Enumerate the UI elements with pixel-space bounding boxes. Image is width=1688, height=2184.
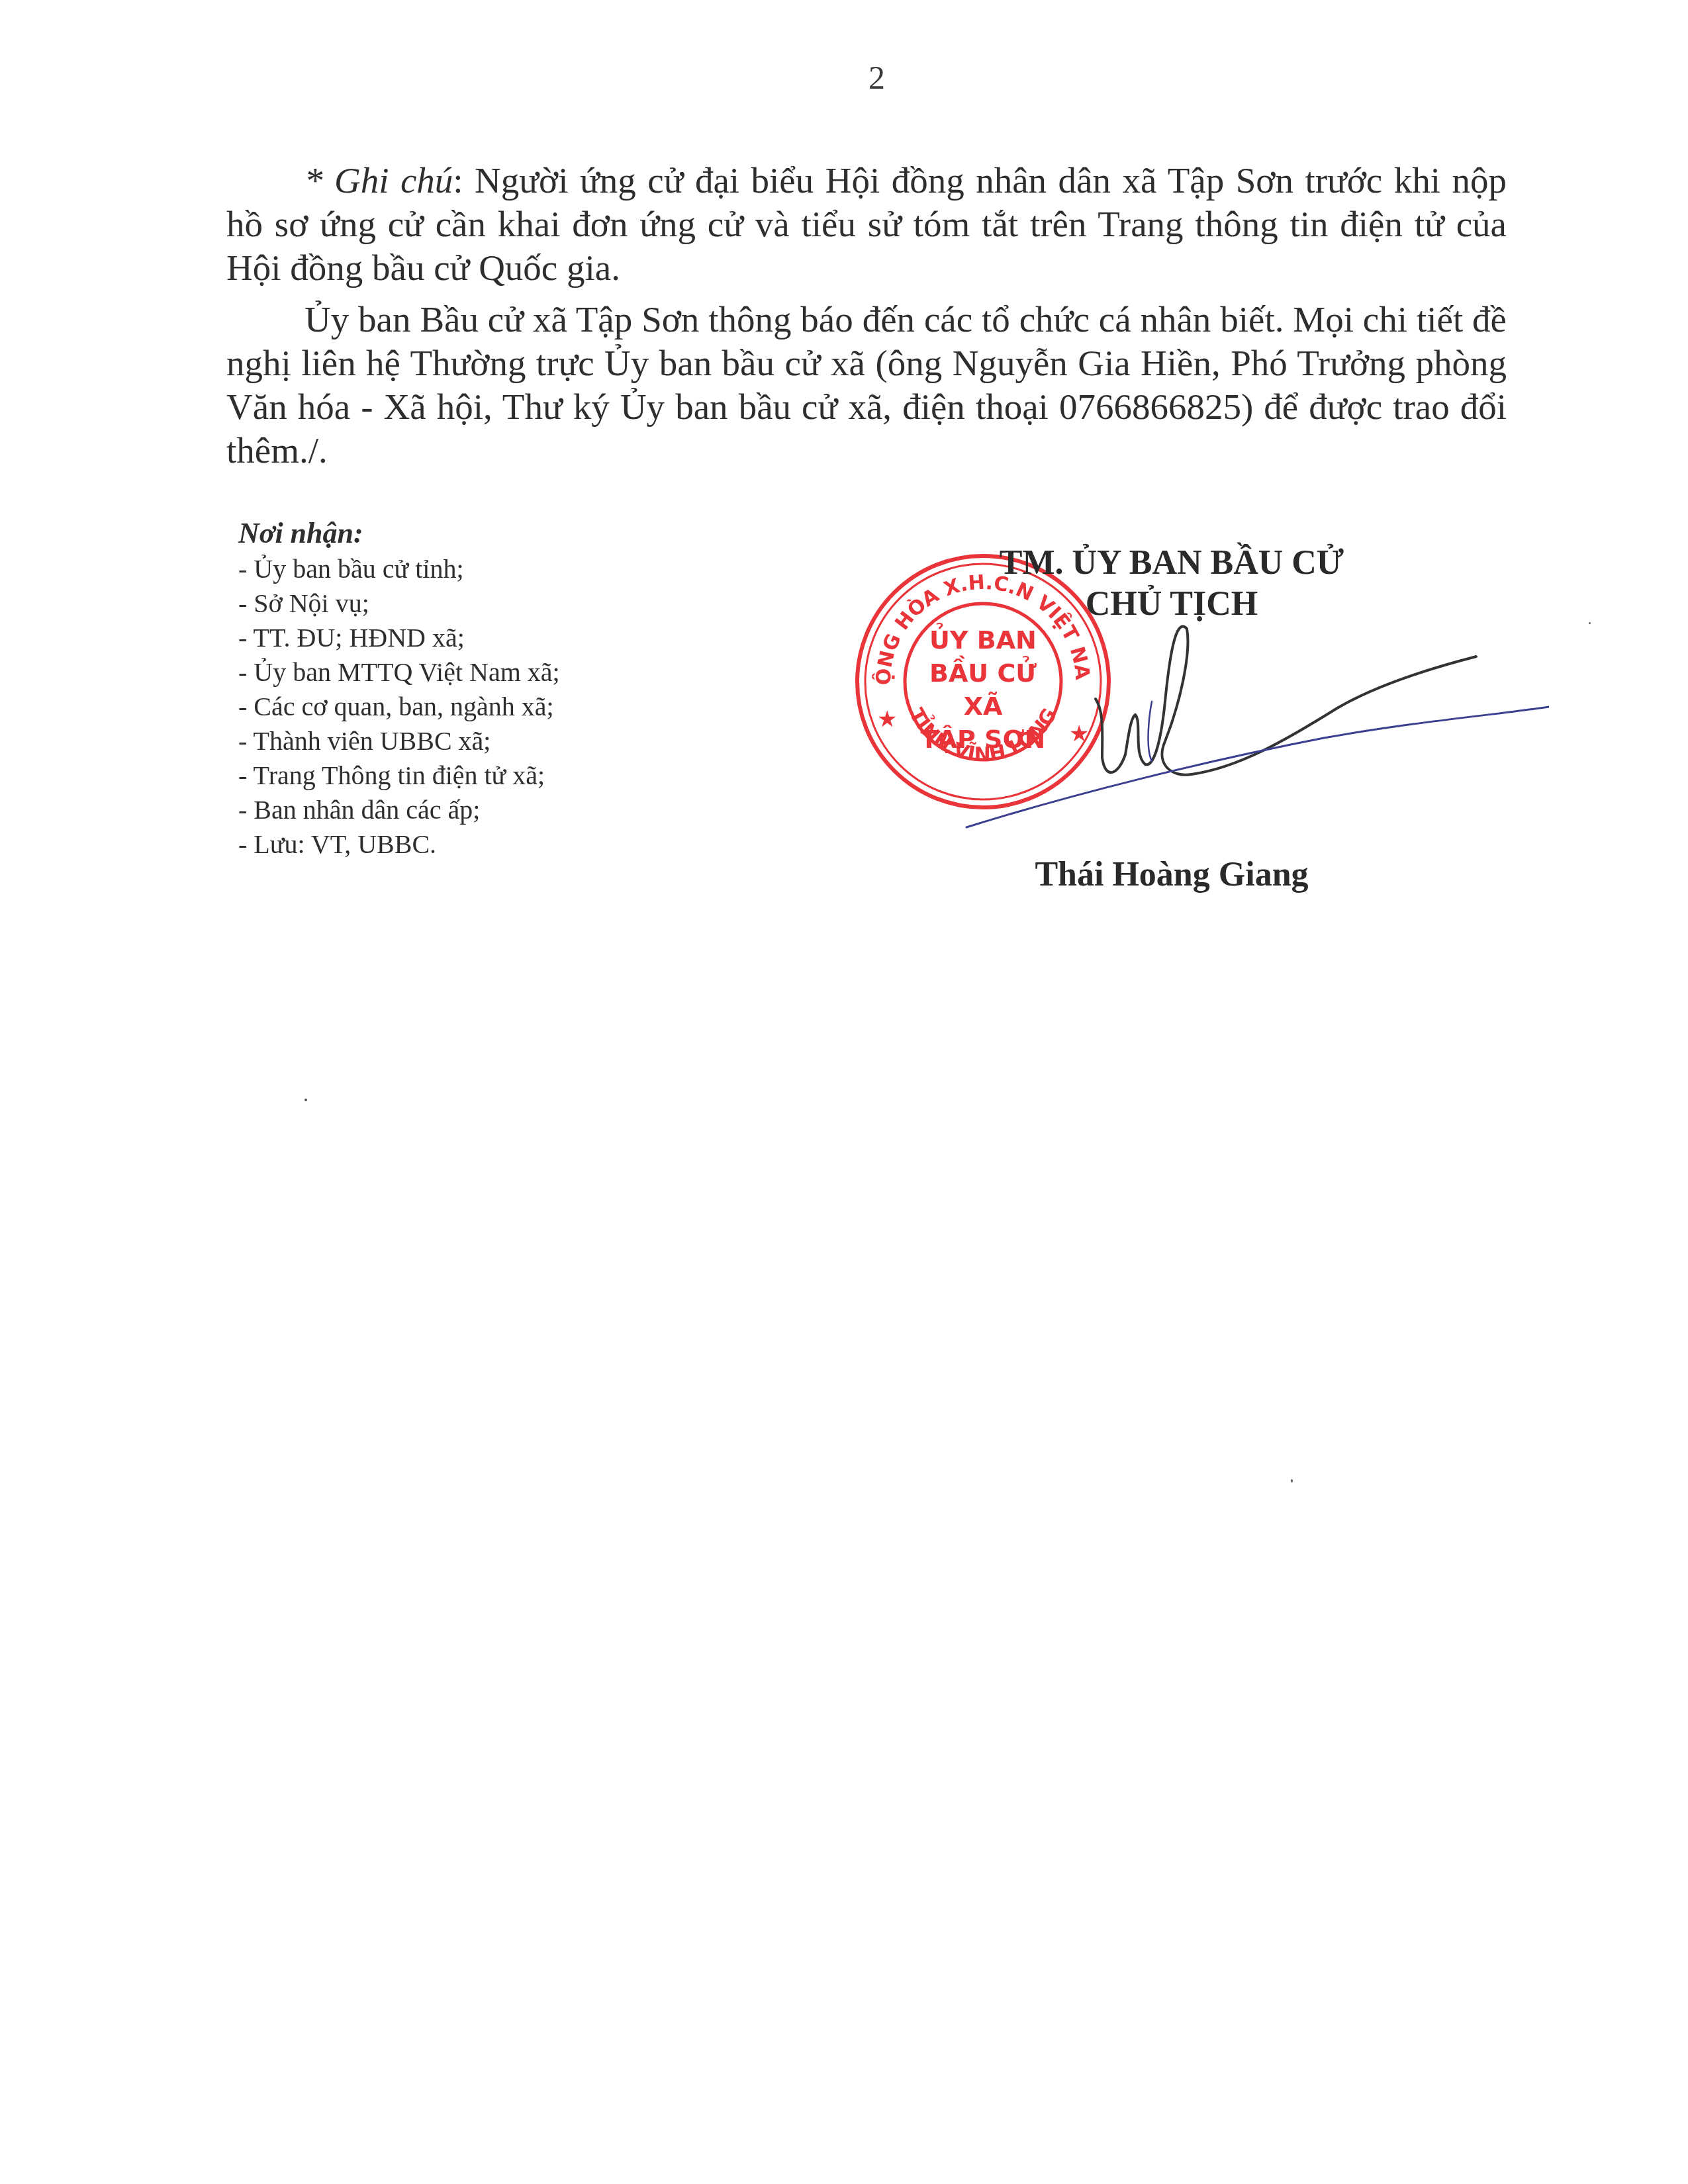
signer-name: Thái Hoàng Giang — [900, 855, 1443, 894]
scan-speck — [1291, 1479, 1293, 1482]
recipient-item: - Ban nhân dân các ấp; — [238, 793, 560, 827]
scan-speck — [305, 1099, 307, 1101]
note-paragraph: * Ghi chú: Người ứng cử đại biểu Hội đồn… — [226, 159, 1507, 290]
body-text: * Ghi chú: Người ứng cử đại biểu Hội đồn… — [226, 159, 1507, 478]
recipient-item: - TT. ĐU; HĐND xã; — [238, 621, 560, 655]
note-label: * Ghi chú — [305, 160, 453, 201]
notice-paragraph: Ủy ban Bầu cử xã Tập Sơn thông báo đến c… — [226, 298, 1507, 473]
recipient-item: - Các cơ quan, ban, ngành xã; — [238, 690, 560, 724]
handwritten-signature — [953, 602, 1549, 841]
recipients-block: Nơi nhận: - Ủy ban bầu cử tỉnh; - Sở Nội… — [238, 516, 560, 862]
recipient-item: - Ủy ban bầu cử tỉnh; — [238, 552, 560, 586]
recipient-item: - Sở Nội vụ; — [238, 586, 560, 621]
recipient-item: - Thành viên UBBC xã; — [238, 724, 560, 758]
scan-speck — [1589, 622, 1591, 624]
recipient-item: - Ủy ban MTTQ Việt Nam xã; — [238, 655, 560, 690]
recipient-item: - Trang Thông tin điện tử xã; — [238, 758, 560, 793]
recipients-title: Nơi nhận: — [238, 516, 560, 551]
recipient-item: - Lưu: VT, UBBC. — [238, 827, 560, 862]
page-number: 2 — [868, 58, 885, 97]
signature-title-line-1: TM. ỦY BAN BẦU CỬ — [900, 543, 1443, 584]
stamp-star-left-icon: ★ — [877, 707, 897, 732]
recipients-list: - Ủy ban bầu cử tỉnh; - Sở Nội vụ; - TT.… — [238, 552, 560, 862]
